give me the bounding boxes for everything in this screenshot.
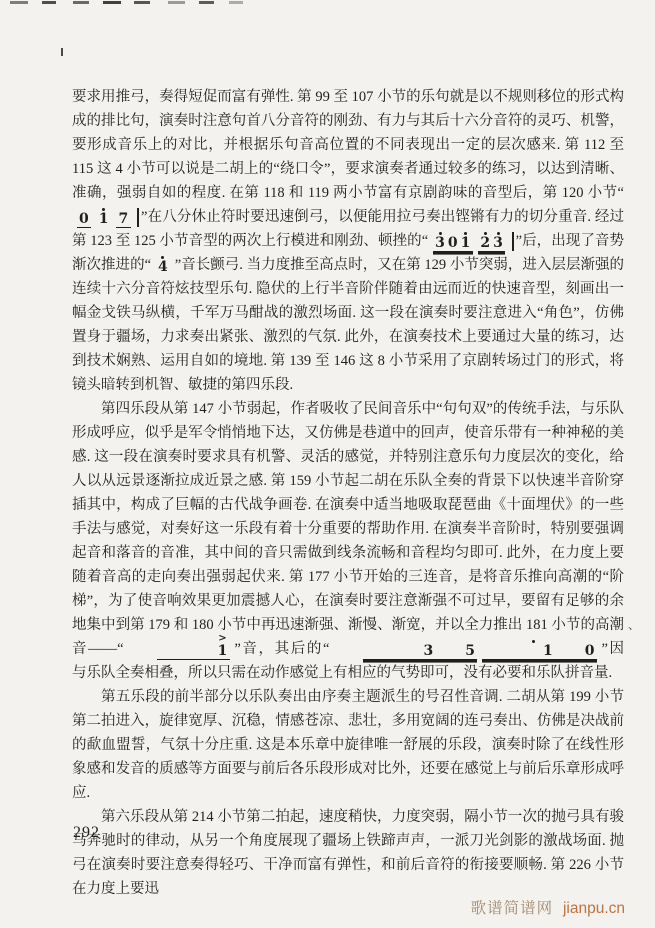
scan-dash xyxy=(73,1,89,4)
body-text: 要求用推弓，奏得短促而富有弹性. 第 99 至 107 小节的乐句就是以不规则移… xyxy=(72,85,624,901)
jianpu-notation: 4 xyxy=(153,259,173,275)
jianpu-notation: 30123 xyxy=(430,232,513,252)
watermark: 歌谱简谱网 jianpu.cn xyxy=(471,896,625,918)
paragraph: 第四乐段从第 147 小节弱起，作者吸收了民间音乐中“句句双”的传统手法，与乐队… xyxy=(72,397,624,685)
scan-dash xyxy=(134,1,150,4)
jianpu-notation: 1 xyxy=(126,643,233,660)
scan-dash xyxy=(199,1,214,4)
watermark-site-name: 歌谱简谱网 xyxy=(471,900,554,917)
scan-dash xyxy=(229,1,243,4)
scan-dash xyxy=(168,1,185,4)
book-page: 、 要求用推弓，奏得短促而富有弹性. 第 99 至 107 小节的乐句就是以不规… xyxy=(0,0,655,928)
scan-artifact-mark: 、 xyxy=(628,616,640,633)
paragraph: 要求用推弓，奏得短促而富有弹性. 第 99 至 107 小节的乐句就是以不规则移… xyxy=(72,85,624,397)
jianpu-notation: 3510 xyxy=(331,643,599,660)
watermark-site-url: jianpu.cn xyxy=(563,900,625,917)
scan-dash xyxy=(103,1,121,4)
paragraph: 第六乐段从第 214 小节第二拍起，速度稍快，力度突弱，隔小节一次的抛弓具有骏马… xyxy=(72,805,624,901)
barline xyxy=(512,232,514,251)
paragraph: 第五乐段的前半部分以乐队奏出由序奏主题派生的号召性音调. 二胡从第 199 小节… xyxy=(72,685,624,805)
jianpu-notation: 017 xyxy=(74,208,139,228)
scan-dash xyxy=(42,1,56,4)
barline xyxy=(137,208,139,227)
page-number: 292 xyxy=(73,824,100,842)
scan-dash xyxy=(10,1,28,4)
scan-artifact-tick xyxy=(61,48,63,56)
